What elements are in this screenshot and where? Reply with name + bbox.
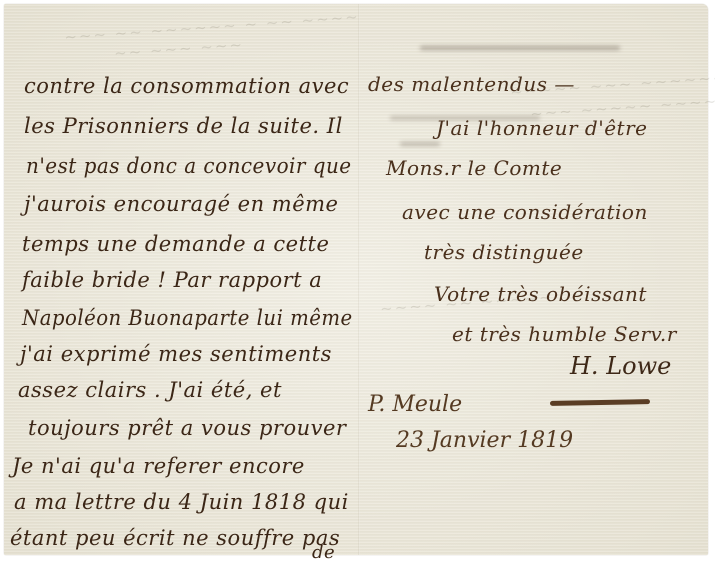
letter-line: étant peu écrit ne souffre pas: [10, 526, 340, 550]
letter-date: 23 Janvier 1819: [396, 428, 573, 453]
letter-line: J'ai l'honneur d'être: [436, 116, 647, 140]
letter-line: et très humble Serv.r: [452, 322, 677, 346]
letter-line: temps une demande a cette: [22, 232, 329, 256]
letter-line: Je n'ai qu'a referer encore: [12, 454, 305, 478]
catchword: de: [312, 542, 335, 563]
letter-line: Napoléon Buonaparte lui même: [22, 306, 353, 330]
letter-line: a ma lettre du 4 Juin 1818 qui: [14, 490, 349, 514]
letter-line: n'est pas donc a concevoir que: [26, 154, 352, 178]
letter-line: j'aurois encouragé en même: [24, 192, 338, 216]
letter-line: Votre très obéissant: [434, 282, 647, 306]
left-page: ~~~ ~~ ~~~~~~ ~ ~~ ~~~~ ~~ ~~~ ~~~ contr…: [4, 4, 358, 555]
letter-sheet: ~~~ ~~ ~~~~~~ ~ ~~ ~~~~ ~~ ~~~ ~~~ contr…: [4, 4, 708, 555]
letter-line: les Prisonniers de la suite. Il: [24, 114, 343, 138]
ink-smudge: [400, 142, 440, 146]
signature: H. Lowe: [570, 352, 671, 380]
letter-line: Mons.r le Comte: [386, 156, 562, 180]
letter-line: assez clairs . J'ai été, et: [18, 378, 282, 402]
letter-line: j'ai exprimé mes sentiments: [20, 342, 332, 366]
signature-flourish: [550, 399, 650, 406]
letter-line: faible bride ! Par rapport a: [22, 268, 322, 292]
letter-line: très distinguée: [424, 240, 584, 264]
right-page: ~~~~~ ~~~ ~~~~~~~ ~~ ~~~ ~~~~~ ~~~~~ ~~~…: [360, 4, 708, 555]
letter-line: toujours prêt a vous prouver: [28, 416, 346, 440]
ink-smudge: [420, 46, 620, 50]
place-of-writing: P. Meule: [368, 392, 462, 417]
letter-line: des malentendus —: [368, 72, 575, 96]
letter-line: contre la consommation avec: [24, 74, 349, 98]
letter-line: avec une considération: [402, 200, 648, 224]
